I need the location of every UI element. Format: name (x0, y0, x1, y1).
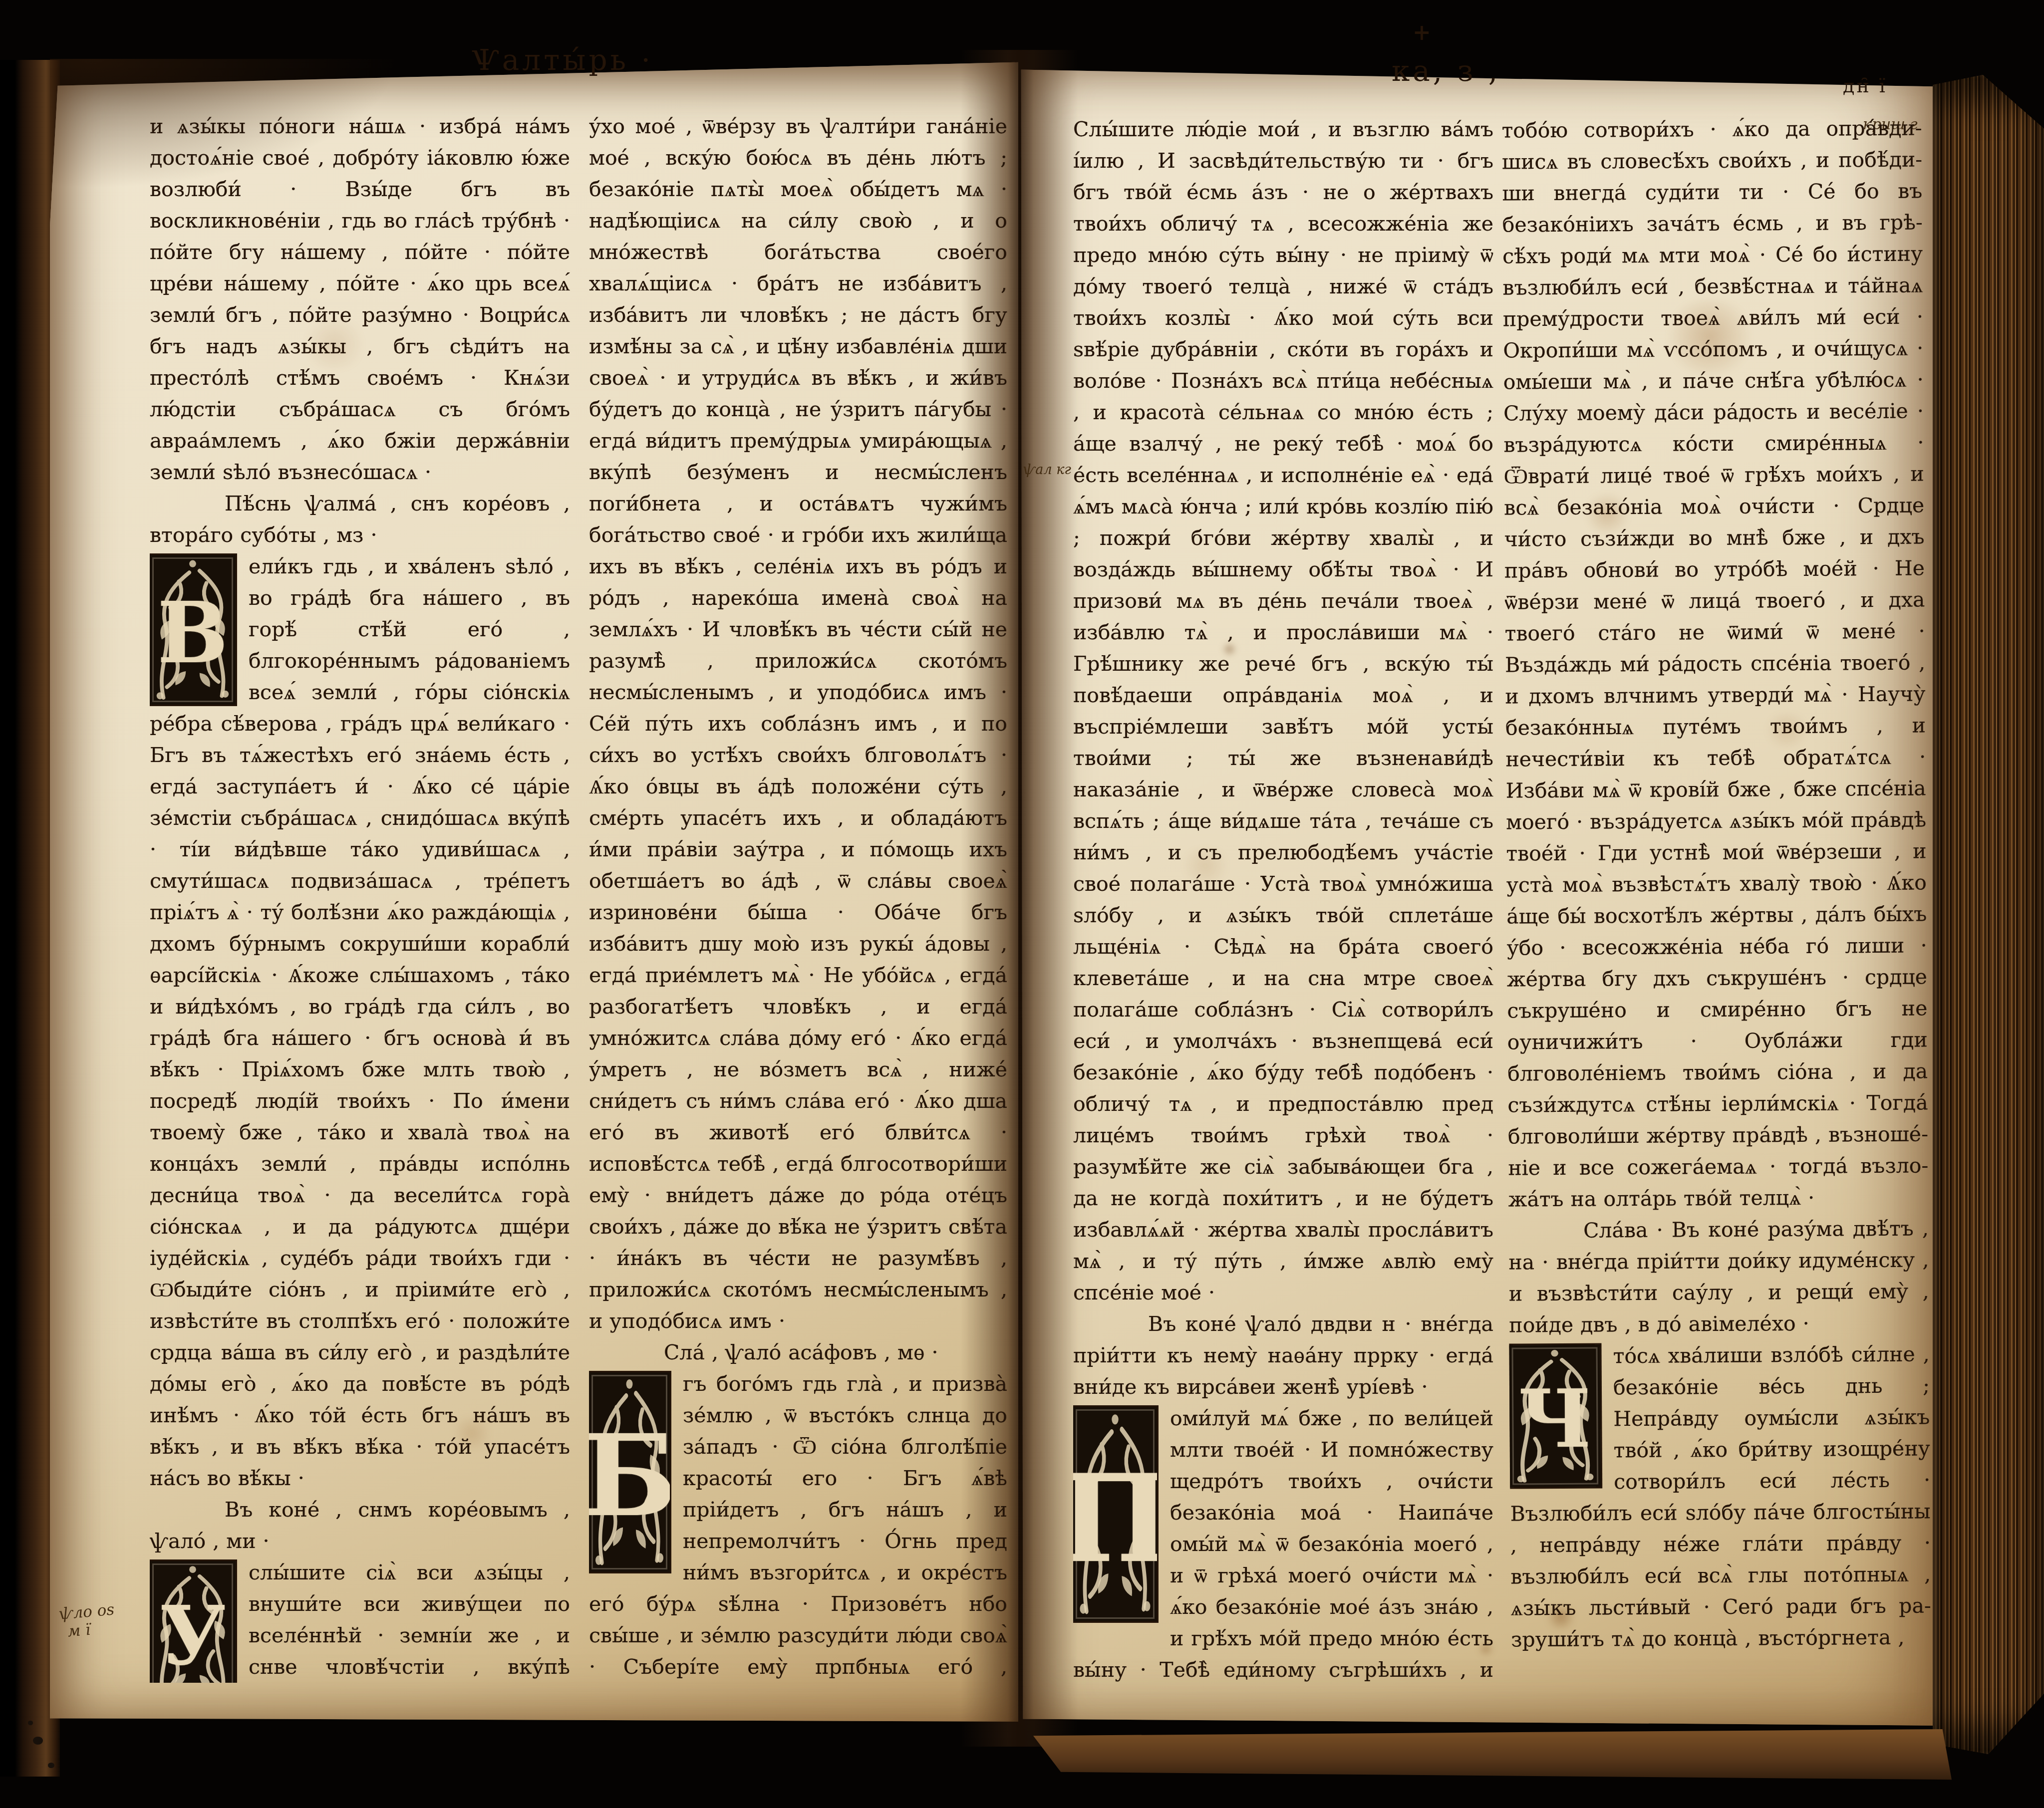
psalm-paragraph: Вели́къ гдь , и хва́ленъ ѕѣло́ , во гра́… (150, 551, 570, 1494)
psalm-title: Въ коне́ , снмъ коре́овымъ , ѱало́ , ми … (150, 1494, 570, 1557)
woodcut-initial-Ч: Ч (1509, 1344, 1601, 1487)
ink-speck (28, 1721, 33, 1725)
cross-ornament: + (1413, 20, 1431, 45)
kathisma-label: ка (1392, 54, 1433, 88)
ink-speck (33, 1737, 43, 1745)
margin-note-gutter: ѱал кг (1023, 462, 1071, 478)
psalm-paragraph: Бгъ бого́мъ гдь гла̀ , и призва̀ зе́млю … (589, 1368, 1007, 1683)
psalm-title: Сла́ва · Въ коне́ разу́ма двѣ́тъ , на · … (1508, 1213, 1930, 1341)
ink-speck (48, 1763, 54, 1768)
woodcut-initial-Б: Б (589, 1372, 670, 1572)
running-head-right: ка, з , (1392, 54, 1500, 88)
fore-edge-pages (1933, 75, 2044, 1754)
psalm-paragraph: тобо́ю сотвори́хъ · ѧ́ко да опра́вди­шис… (1501, 112, 1928, 1215)
psalm-title: Въ коне́ ѱало́ двдви н · вне́гда пріи́тт… (1073, 1308, 1493, 1403)
psalm-title: Сла́ , ѱало́ аса́фовъ , мѳ · (589, 1337, 1007, 1368)
initial-letter: В (157, 591, 228, 675)
initial-letter: Ч (1518, 1379, 1592, 1459)
psalm-paragraph: Поми́луй мѧ́ бже , по вели́цей млти твое… (1073, 1403, 1493, 1686)
woodcut-initial-П: П (1073, 1407, 1157, 1621)
running-head-left: Ѱалты́рь · (472, 43, 653, 77)
initial-letter: Б (589, 1420, 670, 1532)
text-column-3: Слы́шите лю́діе мои́ , и възглю ва́мъ і́… (1073, 114, 1493, 1686)
psalm-paragraph: Что́сѧ хва́лиши взло́бѣ си́лне , безако́… (1509, 1338, 1931, 1655)
text-column-1: и ѧзы́кы по́ноги на́шѧ · избра́ на́мъ до… (150, 111, 570, 1683)
margin-note-left: ѱло оѕ м ї (58, 1600, 117, 1641)
initial-letter: У (160, 1596, 225, 1677)
book-photo: Ѱалты́рь · + ка, з , дн̑ ї криш г ѱал кг… (0, 0, 2044, 1808)
text-column-4: тобо́ю сотвори́хъ · ѧ́ко да опра́вди­шис… (1501, 112, 1931, 1682)
psalm-paragraph: Услы́шите сіѧ̀ вси ѧзы́цы , внуши́те вси… (150, 1557, 570, 1683)
psalm-title: Пѣ́снь ѱалма́ , снъ коре́овъ , втора́го … (150, 488, 570, 551)
kathisma-number: , з , (1433, 54, 1500, 88)
bottom-page-edges (1033, 1729, 1952, 1784)
psalm-paragraph: у́хо мое́ , ѿве́рзу въ ѱалти́ри гана́ніе… (589, 111, 1007, 1337)
woodcut-initial-В: В (150, 555, 236, 705)
psalm-paragraph: Слы́шите лю́діе мои́ , и възглю ва́мъ і́… (1073, 114, 1493, 1308)
folio-number: дн̑ ї (1843, 75, 1887, 97)
initial-letter: П (1073, 1458, 1157, 1578)
woodcut-initial-У: У (150, 1561, 236, 1683)
psalm-paragraph: и ѧзы́кы по́ноги на́шѧ · избра́ на́мъ до… (150, 111, 570, 488)
text-column-2: у́хо мое́ , ѿве́рзу въ ѱалти́ри гана́ніе… (589, 111, 1007, 1683)
